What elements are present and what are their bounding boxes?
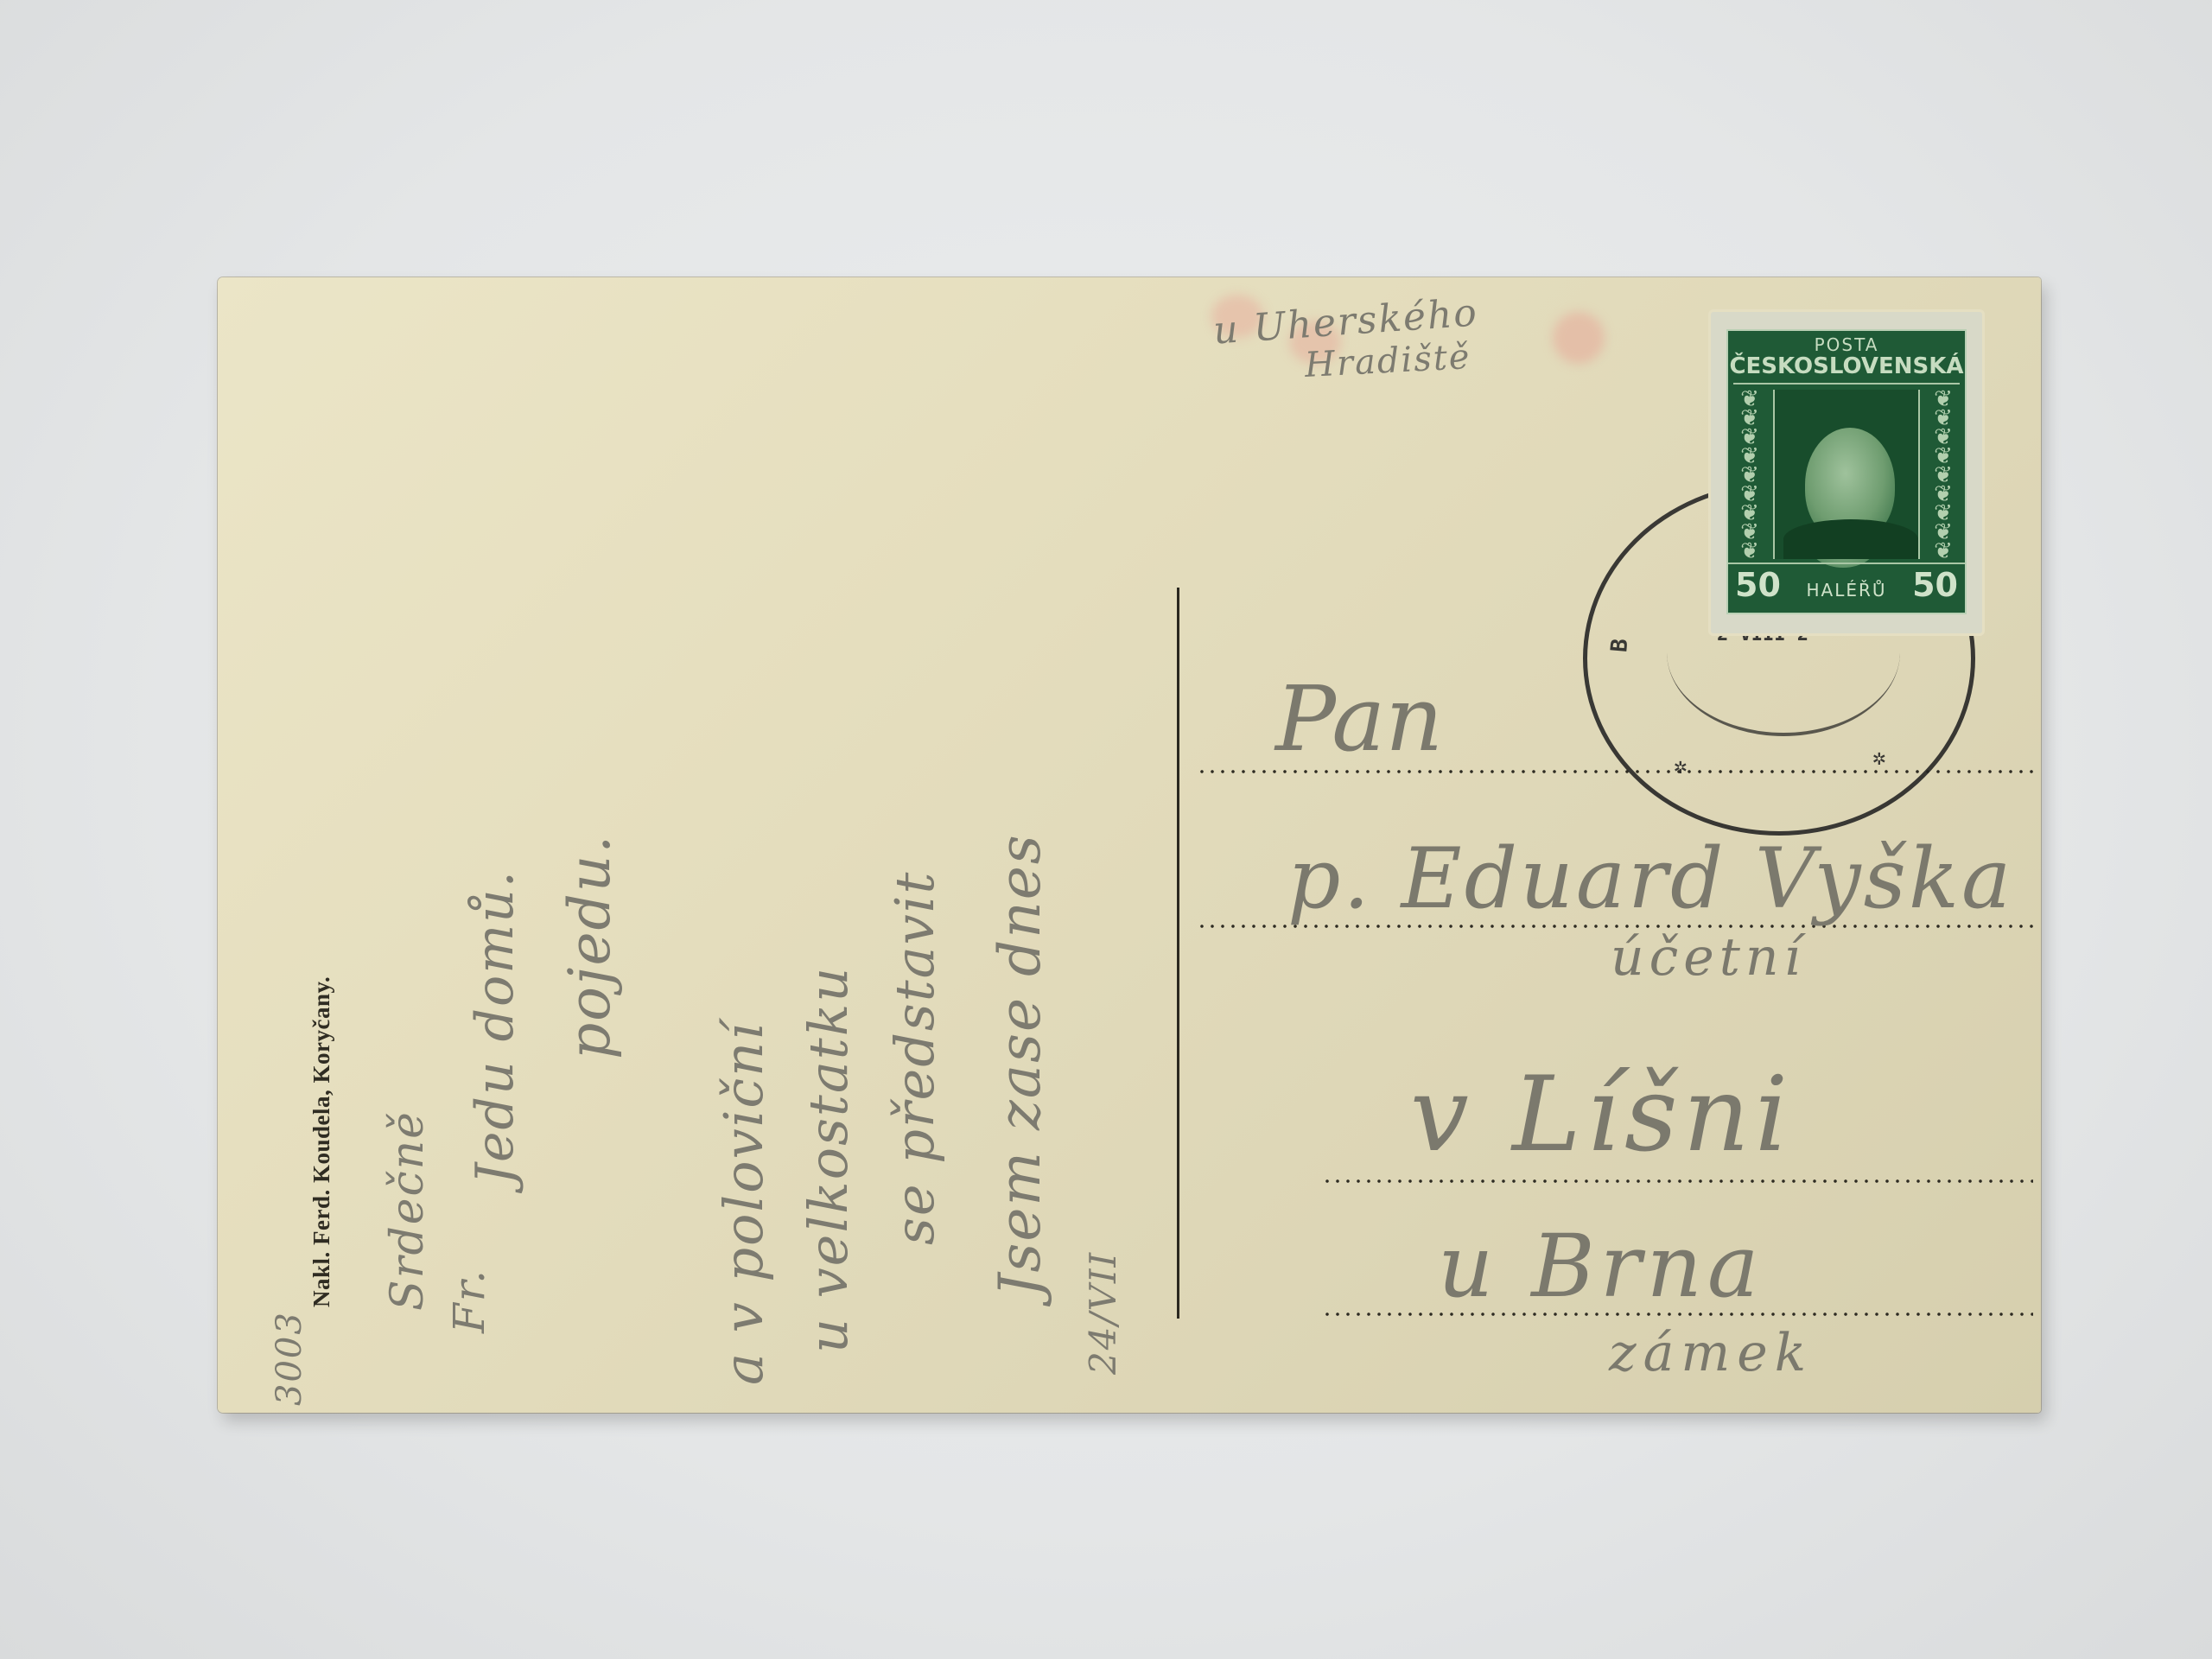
corner-scribble: 3003 bbox=[270, 1311, 309, 1406]
message-date: 24/VII bbox=[1082, 1251, 1124, 1375]
address-occupation: účetní bbox=[1611, 927, 1806, 988]
message-line-4: a v poloviční bbox=[712, 1021, 775, 1385]
postcard: Nakl. Ferd. Koudela, Koryčany. u Uherské… bbox=[218, 277, 2041, 1413]
stamp-country: ČESKOSLOVENSKÁ bbox=[1728, 353, 1965, 379]
address-region: u Brna bbox=[1438, 1216, 1764, 1317]
stamp-portrait bbox=[1773, 390, 1920, 559]
star-icon: ✲ bbox=[1674, 753, 1688, 779]
message-line-2: se představit bbox=[883, 871, 946, 1245]
stamp-posta: POSTA bbox=[1728, 334, 1965, 355]
address-name: p. Eduard Vyška bbox=[1287, 830, 2013, 927]
postage-stamp: POSTA ČESKOSLOVENSKÁ ❦❦❦❦❦❦❦❦❦ ❦❦❦❦❦❦❦❦❦… bbox=[1711, 312, 1982, 633]
top-note-line2: Hradiště bbox=[1304, 337, 1472, 385]
laurel-leaf-icon: ❦❦❦❦❦❦❦❦❦ bbox=[1735, 390, 1764, 559]
portrait-coat bbox=[1783, 519, 1918, 559]
address-town: v Líšni bbox=[1410, 1055, 1793, 1175]
message-line-1: Jsem zase dnes bbox=[987, 833, 1053, 1297]
star-icon: ✲ bbox=[1872, 745, 1886, 771]
message-line-7: Srdečně bbox=[382, 1110, 434, 1311]
message-line-3: u velkostatku bbox=[797, 966, 860, 1353]
stamp-value-right: 50 bbox=[1912, 566, 1958, 604]
red-stain bbox=[1553, 312, 1605, 364]
message-signature: Fr. bbox=[444, 1268, 494, 1333]
laurel-leaf-icon: ❦❦❦❦❦❦❦❦❦ bbox=[1929, 390, 1958, 559]
stamp-design: POSTA ČESKOSLOVENSKÁ ❦❦❦❦❦❦❦❦❦ ❦❦❦❦❦❦❦❦❦… bbox=[1726, 329, 1967, 614]
address-line-3 bbox=[1322, 1179, 2033, 1183]
message-line-5: pojedu. bbox=[556, 834, 623, 1059]
message-address-divider bbox=[1177, 588, 1179, 1319]
address-extra: zámek bbox=[1609, 1323, 1813, 1383]
publisher-imprint: Nakl. Ferd. Koudela, Koryčany. bbox=[308, 976, 335, 1307]
postmark-town-initial: B bbox=[1606, 638, 1633, 653]
address-salutation: Pan bbox=[1275, 666, 1443, 772]
message-line-6: Jedu domů. bbox=[465, 869, 525, 1185]
